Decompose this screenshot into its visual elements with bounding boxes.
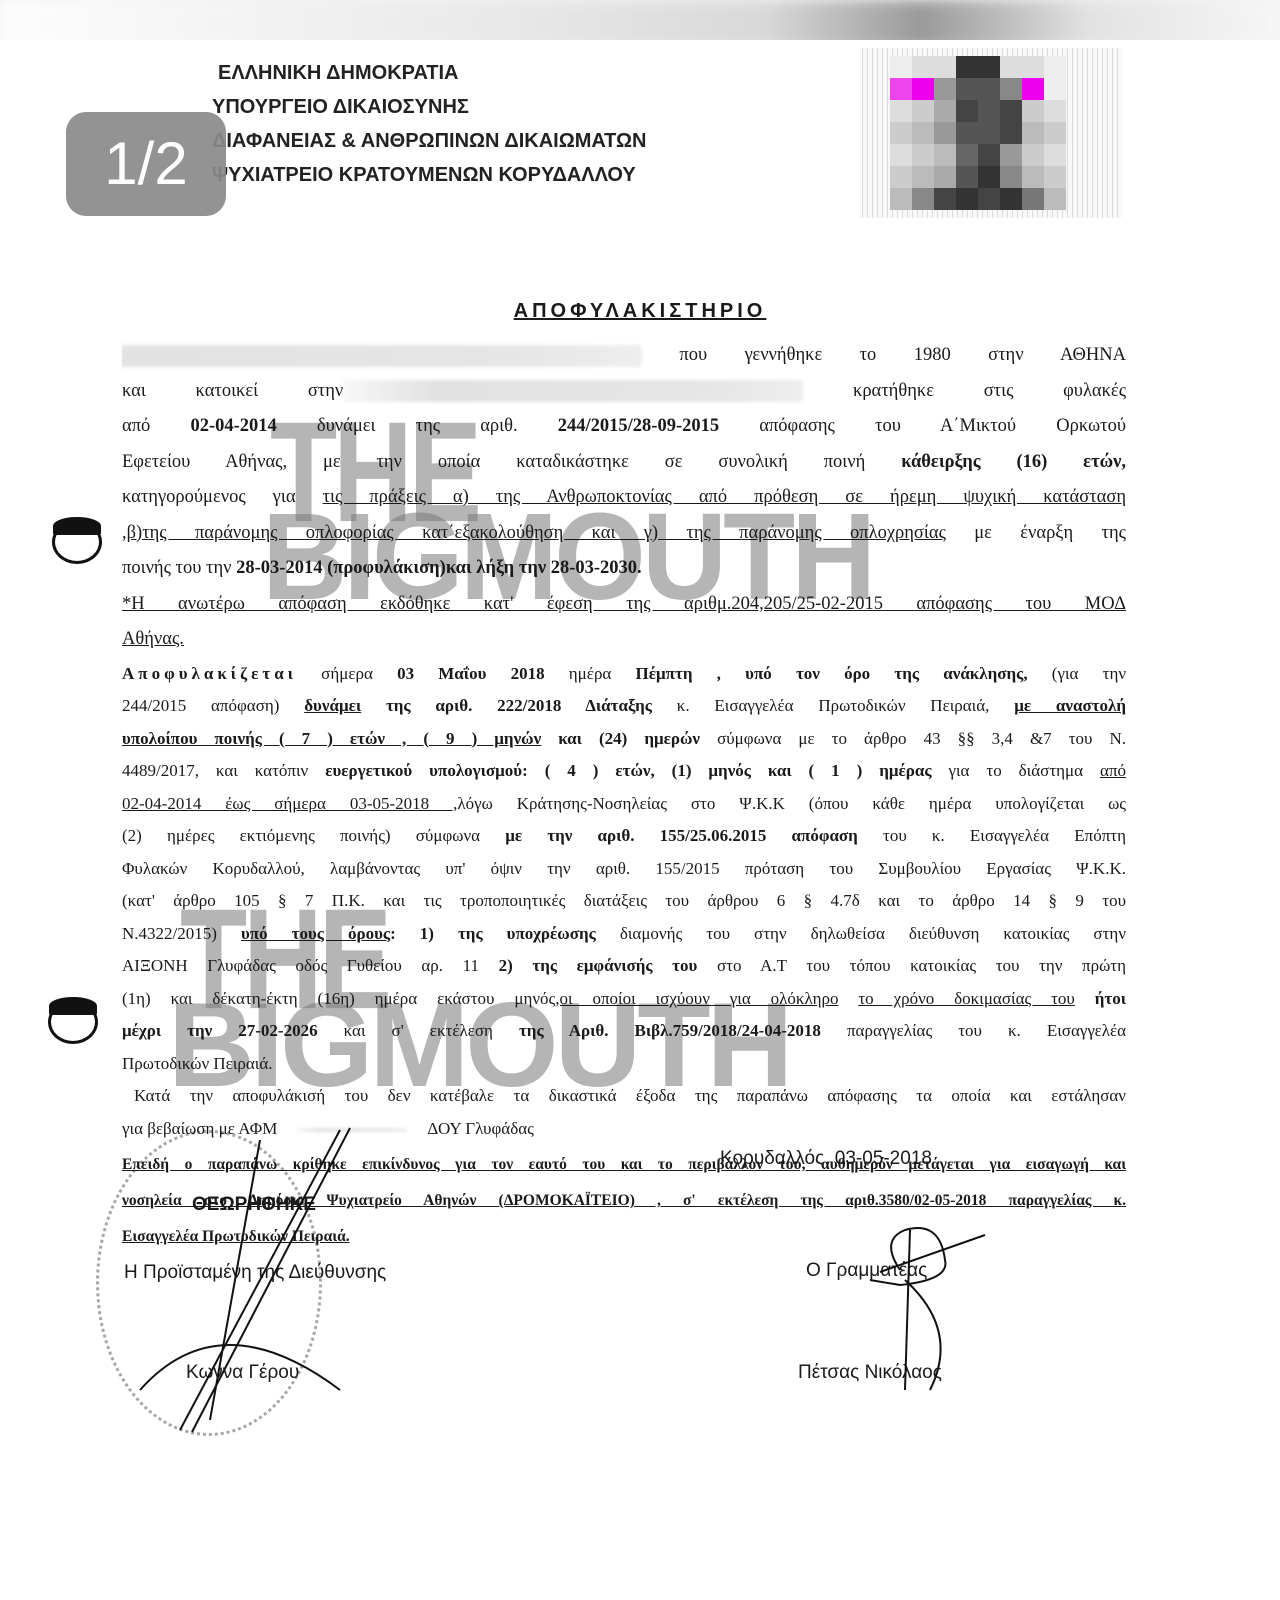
body-line: κατηγορούμενος για τις πράξεις α) της Αν… — [122, 480, 1126, 516]
body-line: μέχρι την 27-02-2026 και σ' εκτέλεση της… — [122, 1015, 1126, 1048]
redacted-name — [122, 345, 642, 367]
document-title: ΑΠΟΦΥΛΑΚΙΣΤΗΡΙΟ — [0, 300, 1280, 323]
body-line: και κατοικεί στην κρατήθηκε στις φυλακές — [122, 374, 1126, 410]
body-line: (2) ημέρες εκτιόμενης ποινής) σύμφωνα με… — [122, 820, 1126, 853]
page-indicator-badge: 1/2 — [66, 112, 226, 216]
body-line: υπολοίπου ποινής ( 7 ) ετών , ( 9 ) μηνώ… — [122, 723, 1126, 756]
document-body: που γεννήθηκε το 1980 στην ΑΘΗΝΑ και κατ… — [122, 338, 1126, 1255]
header-line-3: ΔΙΑΦΑΝΕΙΑΣ & ΑΝΘΡΩΠΙΝΩΝ ΔΙΚΑΙΩΜΑΤΩΝ — [212, 124, 647, 158]
signature-strokes — [0, 1150, 1280, 1450]
signature-section: Κορυδαλλός, 03-05-2018 ΘΕΩΡΗΘΗΚΕ Η Προϊσ… — [0, 1150, 1280, 1430]
punch-hole-icon — [52, 520, 102, 564]
body-line: Αποφυλακίζεται σήμερα 03 Μαΐου 2018 ημέρ… — [122, 658, 1126, 691]
body-line: (1η) και δέκατη-έκτη (16η) ημέρα εκάστου… — [122, 983, 1126, 1016]
body-line: Ν.4322/2015) υπό τους όρους: 1) της υποχ… — [122, 918, 1126, 951]
release-paragraph: Αποφυλακίζεται σήμερα 03 Μαΐου 2018 ημέρ… — [122, 658, 1126, 1146]
body-line: 02-04-2014 έως σήμερα 03-05-2018 ,λόγω Κ… — [122, 788, 1126, 821]
header-line-1: ΕΛΛΗΝΙΚΗ ΔΗΜΟΚΡΑΤΙΑ — [212, 56, 647, 90]
header-line-2: ΥΠΟΥΡΓΕΙΟ ΔΙΚΑΙΟΣΥΝΗΣ — [212, 90, 647, 124]
redacted-address — [343, 380, 803, 402]
body-line: (κατ' άρθρο 105 § 7 Π.Κ. και τις τροποπο… — [122, 885, 1126, 918]
body-line: Φυλακών Κορυδαλλού, λαμβάνοντας υπ' όψιν… — [122, 853, 1126, 886]
redacted-tax-id — [297, 1128, 407, 1132]
body-line: Κατά την αποφυλάκισή του δεν κατέβαλε τα… — [122, 1080, 1126, 1113]
body-line: για βεβαίωση με ΑΦΜΔΟΥ Γλυφάδας — [122, 1113, 1126, 1146]
body-line: Αθήνας. — [122, 622, 1126, 658]
body-line: Εφετείου Αθήνας, με την οποία καταδικάστ… — [122, 445, 1126, 481]
punch-hole-icon — [48, 1000, 98, 1044]
body-line: 244/2015 απόφαση) δυνάμει της αριθ. 222/… — [122, 690, 1126, 723]
body-line: από 02-04-2014 δυνάμει της αριθ. 244/201… — [122, 409, 1126, 445]
header-line-4: ΨΥΧΙΑΤΡΕΙΟ ΚΡΑΤΟΥΜΕΝΩΝ ΚΟΡΥΔΑΛΛΟΥ — [212, 158, 647, 192]
document-header: ΕΛΛΗΝΙΚΗ ΔΗΜΟΚΡΑΤΙΑ ΥΠΟΥΡΓΕΙΟ ΔΙΚΑΙΟΣΥΝΗ… — [212, 56, 647, 192]
redacted-photo — [860, 48, 1122, 218]
body-line: ,β)της παράνομης οπλοφορίας κατ΄εξακολού… — [122, 516, 1126, 552]
body-line: Πρωτοδικών Πειραιά. — [122, 1048, 1126, 1081]
body-line: ποινής του την 28-03-2014 (προφυλάκιση)κ… — [122, 551, 1126, 587]
body-line: 4489/2017, και κατόπιν ευεργετικού υπολο… — [122, 755, 1126, 788]
body-line: που γεννήθηκε το 1980 στην ΑΘΗΝΑ — [122, 338, 1126, 374]
body-line: *Η ανωτέρω απόφαση εκδόθηκε κατ' έφεση τ… — [122, 587, 1126, 623]
body-line: ΑΙΞΟΝΗ Γλυφάδας οδός Γυθείου αρ. 11 2) τ… — [122, 950, 1126, 983]
